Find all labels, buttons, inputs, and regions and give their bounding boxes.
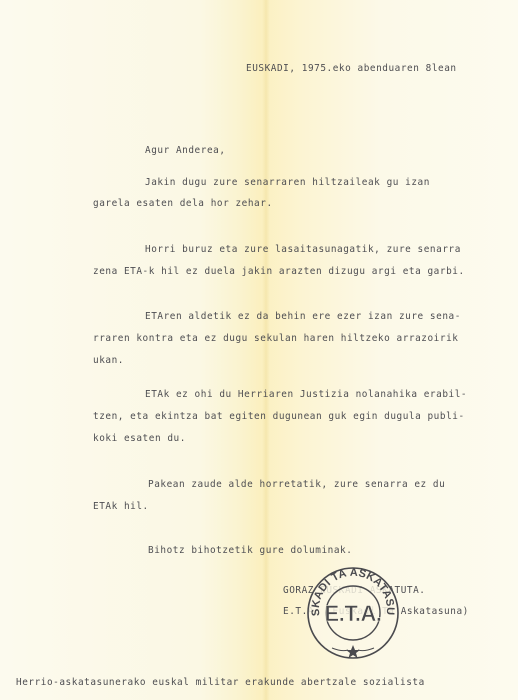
closing-line: Bihotz bihotzetik gure doluminak.	[148, 545, 352, 557]
paragraph-3-line-2: rraren kontra eta ez dugu sekulan haren …	[93, 333, 458, 345]
paragraph-5-line-1: Pakean zaude alde horretatik, zure senar…	[148, 479, 445, 491]
paper-fold-crease	[262, 0, 270, 700]
paragraph-1-line-2: garela esaten dela hor zehar.	[93, 198, 273, 210]
salutation: Agur Anderea,	[145, 145, 226, 157]
paragraph-4-line-1: ETAk ez ohi du Herriaren Justizia nolana…	[145, 389, 467, 401]
svg-text:E.T.A.: E.T.A.	[325, 601, 382, 626]
paragraph-2-line-2: zena ETA-k hil ez duela jakin arazten di…	[93, 266, 465, 278]
letter-paper	[0, 0, 518, 700]
paragraph-4-line-2: tzen, eta ekintza bat egiten dugunean gu…	[93, 411, 465, 423]
dateline: EUSKADI, 1975.eko abenduaren 8lean	[246, 63, 457, 75]
paragraph-2-line-1: Horri buruz eta zure lasaitasunagatik, z…	[145, 244, 461, 256]
paragraph-3-line-3: ukan.	[93, 355, 124, 367]
eta-stamp-seal-icon: EUSKADI TA ASKATASUNA E.T.A.	[306, 566, 400, 660]
paragraph-4-line-3: koki esaten du.	[93, 433, 186, 445]
paragraph-3-line-1: ETAren aldetik ez da behin ere ezer izan…	[145, 311, 461, 323]
footer-organization-line: Herrio-askatasunerako euskal militar era…	[16, 677, 425, 689]
paragraph-1-line-1: Jakin dugu zure senarraren hiltzaileak g…	[145, 177, 430, 189]
paragraph-5-line-2: ETAk hil.	[93, 501, 149, 513]
